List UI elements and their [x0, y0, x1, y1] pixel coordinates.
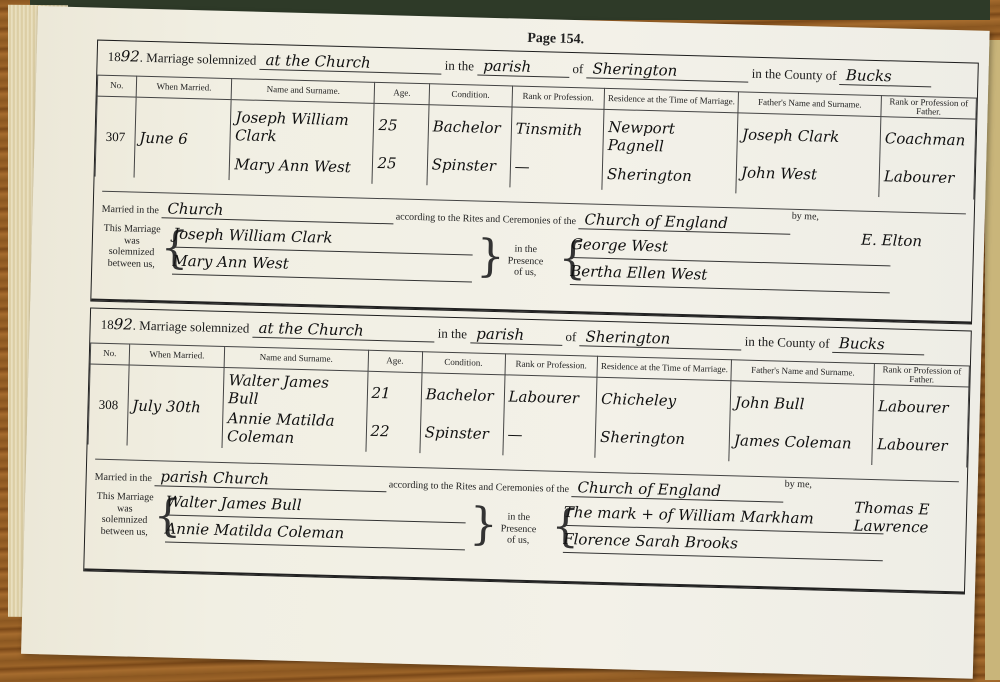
signatures-block: by me, Thomas E Lawrence This Marriage w… [93, 491, 959, 584]
entry-number: 307 [95, 96, 136, 177]
rites-label: according to the Rites and Ceremonies of… [396, 211, 576, 227]
label-line: This Marriage [101, 223, 163, 236]
rites-label: according to the Rites and Ceremonies of… [389, 479, 569, 495]
residences-2: Sherington [607, 164, 732, 185]
ages-2: 22 [370, 422, 416, 441]
label-line: solemnized [100, 246, 162, 259]
column-header: Rank or Profession of Father. [874, 364, 969, 387]
label-line: Presence [500, 255, 550, 268]
label-line: This Marriage [94, 491, 156, 504]
label-line: between us, [93, 525, 155, 538]
father_ranks-1: Labourer [878, 397, 964, 417]
witness-1-signature: George West [571, 235, 891, 266]
witness-signatures: George West Bertha Ellen West [570, 235, 891, 297]
place-field: at the Church [252, 319, 434, 343]
names-2: Mary Ann West [234, 155, 368, 177]
names-1: Walter James Bull [228, 371, 363, 411]
fathers-1: John Bull [735, 393, 870, 415]
fathers-2: James Coleman [734, 431, 869, 453]
label-line: of us, [493, 534, 543, 547]
witness-2-signature: Florence Sarah Brooks [563, 530, 883, 561]
label-line: of us, [500, 266, 550, 279]
column-header: Condition. [422, 352, 505, 375]
when-married: July 30th [132, 396, 201, 416]
fathers-2: John West [741, 163, 875, 184]
father_ranks-1: Coachman [885, 129, 971, 149]
by-me-label: by me, [785, 479, 812, 491]
column-header: Rank or Profession. [505, 354, 598, 377]
father_ranks-2: Labourer [884, 167, 970, 187]
column-header: When Married. [136, 76, 232, 99]
county-label: in the County [752, 66, 823, 84]
names-1: Joseph William Clark [235, 108, 370, 147]
county-field: Bucks [833, 334, 925, 355]
bride-signature: Mary Ann West [172, 252, 472, 283]
of-label: of [826, 68, 837, 84]
rites-field: Church of England [571, 478, 783, 503]
in-the-label: in the [445, 58, 475, 75]
rites-field: Church of England [578, 210, 790, 235]
column-header: Rank or Profession of Father. [881, 96, 976, 119]
year-prefix: 18 [100, 317, 113, 333]
place-field: at the Church [259, 51, 441, 75]
of-label: of [565, 329, 576, 345]
presence-label: in the Presence of us, [493, 511, 544, 547]
party-signatures: Walter James Bull Annie Matilda Coleman [165, 493, 466, 555]
witness-1-signature: The mark + of William Markham [564, 503, 884, 534]
presence-label: in the Presence of us, [500, 243, 551, 279]
column-header: No. [90, 343, 129, 365]
conditions-1: Bachelor [426, 385, 500, 405]
of-label: of [572, 61, 583, 77]
names-2: Annie Matilda Coleman [227, 409, 362, 449]
ages-1: 21 [371, 384, 417, 403]
groom-signature: Walter James Bull [166, 493, 466, 524]
residences-1: Newport Pagnell [608, 117, 734, 156]
married-in-field: Church [161, 199, 393, 224]
label-line: solemnized [93, 514, 155, 527]
ages-2: 25 [377, 154, 423, 173]
page-number: Page 154. [527, 31, 584, 48]
year-prefix: 18 [107, 49, 120, 65]
solemnized-between-label: This Marriage was solemnized between us, [93, 491, 156, 539]
witness-signatures: The mark + of William Markham Florence S… [563, 503, 884, 565]
of-label: of [819, 336, 830, 352]
entry-table: No.When Married.Name and Surname.Age.Con… [95, 75, 977, 200]
solemnized-label: . Marriage solemnized [133, 318, 250, 337]
column-header: Age. [375, 82, 430, 104]
married-in-label: Married in the [95, 472, 152, 484]
solemnized-between-label: This Marriage was solemnized between us, [100, 223, 163, 271]
register-page: Page 154. 1892. Marriage solemnized at t… [21, 6, 990, 679]
ages-1: 25 [378, 116, 424, 135]
father_ranks-2: Labourer [877, 435, 963, 455]
bride-signature: Annie Matilda Coleman [165, 520, 465, 551]
ranks-2: — [507, 425, 591, 445]
county-label: in the County [745, 334, 816, 352]
parish-word: parish [470, 324, 562, 345]
ranks-1: Labourer [508, 387, 592, 407]
book-edge [985, 40, 1000, 680]
parish-word: parish [477, 57, 569, 78]
column-header: When Married. [129, 344, 225, 367]
conditions-1: Bachelor [433, 117, 507, 137]
married-in-label: Married in the [102, 204, 159, 216]
ranks-2: — [514, 158, 598, 178]
label-line: between us, [100, 257, 162, 270]
when-married: June 6 [139, 128, 188, 147]
marriage-entry: 1892. Marriage solemnized at the Church … [90, 40, 979, 325]
year-suffix: 92 [113, 315, 133, 333]
conditions-2: Spinster [425, 423, 499, 443]
column-header: Rank or Profession. [512, 86, 605, 109]
groom-signature: Joseph William Clark [173, 225, 473, 256]
parish-field: Sherington [586, 59, 748, 82]
year-suffix: 92 [120, 47, 140, 65]
marriage-entry: 1892. Marriage solemnized at the Church … [83, 307, 972, 594]
married-in-field: parish Church [154, 467, 386, 492]
fathers-1: Joseph Clark [742, 125, 876, 146]
parish-field: Sherington [579, 327, 741, 350]
residences-2: Sherington [600, 428, 725, 449]
by-me-label: by me, [792, 211, 819, 223]
county-field: Bucks [840, 66, 932, 87]
conditions-2: Spinster [432, 155, 506, 175]
column-header: No. [97, 75, 136, 97]
witness-2-signature: Bertha Ellen West [570, 262, 890, 293]
ranks-1: Tinsmith [515, 120, 599, 140]
solemnized-label: . Marriage solemnized [140, 50, 257, 69]
entry-table: No.When Married.Name and Surname.Age.Con… [88, 342, 970, 467]
party-signatures: Joseph William Clark Mary Ann West [172, 225, 473, 287]
entry-number: 308 [88, 364, 129, 445]
in-the-label: in the [438, 326, 468, 343]
label-line: Presence [493, 523, 543, 536]
column-header: Age. [368, 350, 423, 372]
residences-1: Chicheley [601, 390, 726, 411]
column-header: Condition. [429, 84, 512, 107]
